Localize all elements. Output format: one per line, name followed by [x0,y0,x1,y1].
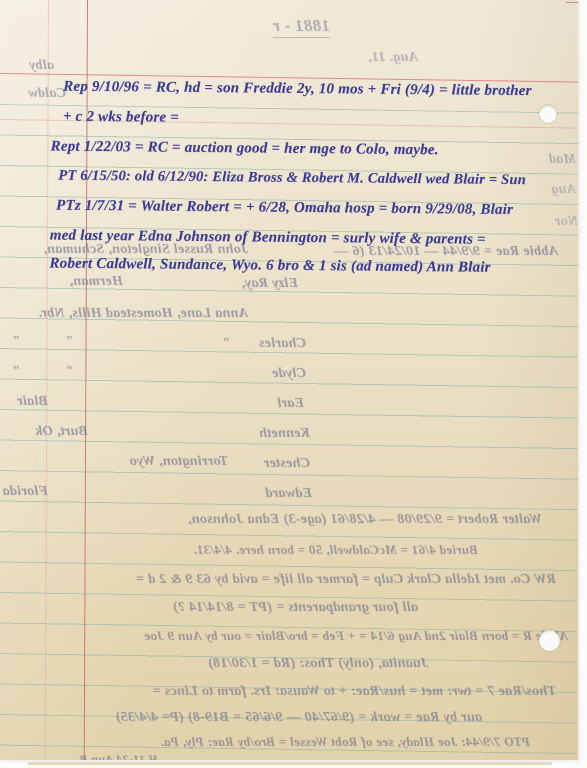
handwritten-note-line: Rept 1/22/03 = RC = auction good = her m… [51,138,439,159]
handwriting-layer: Rep 9/10/96 = RC, hd = son Freddie 2y, 1… [0,0,578,760]
handwritten-note-line: Robert Caldwell, Sundance, Wyo. 6 bro & … [49,255,490,276]
handwritten-note-line: + c 2 wks before = [63,109,179,127]
hole-punch-bottom [539,630,560,651]
paper-sheet: 1881 - rAug. 11,albyCaldwMadAugNorAbbie … [0,0,578,760]
under-sheet-edge [28,762,552,765]
handwritten-note-line: med last year Edna Johnson of Bennington… [50,227,486,248]
hole-punch-top [539,105,557,123]
handwritten-note-line: Rep 9/10/96 = RC, hd = son Freddie 2y, 1… [63,79,532,100]
handwritten-note-line: PTz 1/7/31 = Walter Robert = + 6/28, Oma… [56,198,513,219]
scanned-page: 1881 - rAug. 11,albyCaldwMadAugNorAbbie … [0,0,587,768]
handwritten-note-line: PT 6/15/50: old 6/12/90: Eliza Bross & R… [58,168,526,189]
